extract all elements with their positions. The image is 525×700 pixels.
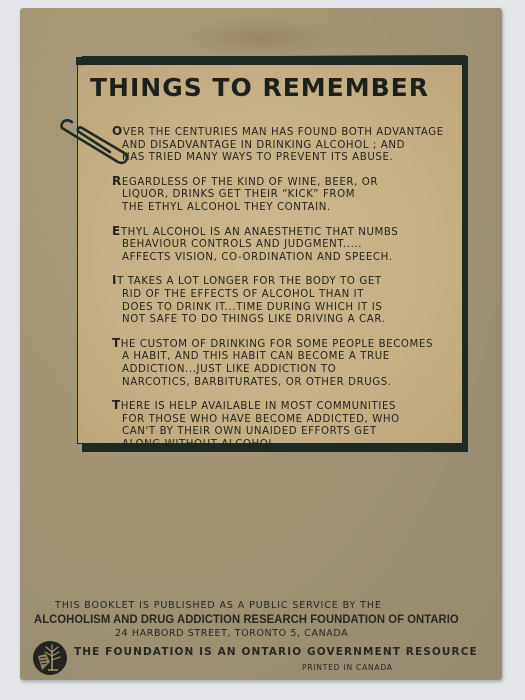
publisher-statement: THIS BOOKLET IS PUBLISHED AS A PUBLIC SE… bbox=[55, 600, 382, 611]
note-paragraphs: OVER THE CENTURIES MAN HAS FOUND BOTH AD… bbox=[112, 125, 457, 461]
paragraph-4: IT TAKES A LOT LONGER FOR THE BODY TO GE… bbox=[112, 274, 457, 326]
paragraph-5: THE CUSTOM OF DRINKING FOR SOME PEOPLE B… bbox=[112, 337, 457, 389]
foundation-statement: THE FOUNDATION IS AN ONTARIO GOVERNMENT … bbox=[74, 646, 478, 658]
torn-edge bbox=[76, 55, 466, 69]
drop-initial: T bbox=[112, 398, 121, 412]
drop-initial: E bbox=[112, 224, 121, 238]
things-to-remember-note: THINGS TO REMEMBER OVER THE CENTURIES MA… bbox=[77, 64, 463, 444]
foundation-logo-icon bbox=[32, 640, 68, 676]
drop-initial: R bbox=[112, 174, 122, 188]
printed-in: PRINTED IN CANADA bbox=[302, 663, 393, 672]
note-title: THINGS TO REMEMBER bbox=[90, 73, 429, 102]
booklet-cover: THINGS TO REMEMBER OVER THE CENTURIES MA… bbox=[20, 8, 502, 680]
paragraph-1: OVER THE CENTURIES MAN HAS FOUND BOTH AD… bbox=[112, 125, 457, 165]
drop-initial: T bbox=[112, 336, 121, 350]
publisher-name: ALCOHOLISM AND DRUG ADDICTION RESEARCH F… bbox=[34, 612, 459, 626]
publisher-address: 24 HARBORD STREET, TORONTO 5, CANADA bbox=[115, 628, 348, 639]
paragraph-3: ETHYL ALCOHOL IS AN ANAESTHETIC THAT NUM… bbox=[112, 225, 457, 265]
paper-clip-icon bbox=[58, 116, 130, 166]
paragraph-6: THERE IS HELP AVAILABLE IN MOST COMMUNIT… bbox=[112, 399, 457, 451]
paragraph-2: REGARDLESS OF THE KIND OF WINE, BEER, OR… bbox=[112, 175, 457, 215]
